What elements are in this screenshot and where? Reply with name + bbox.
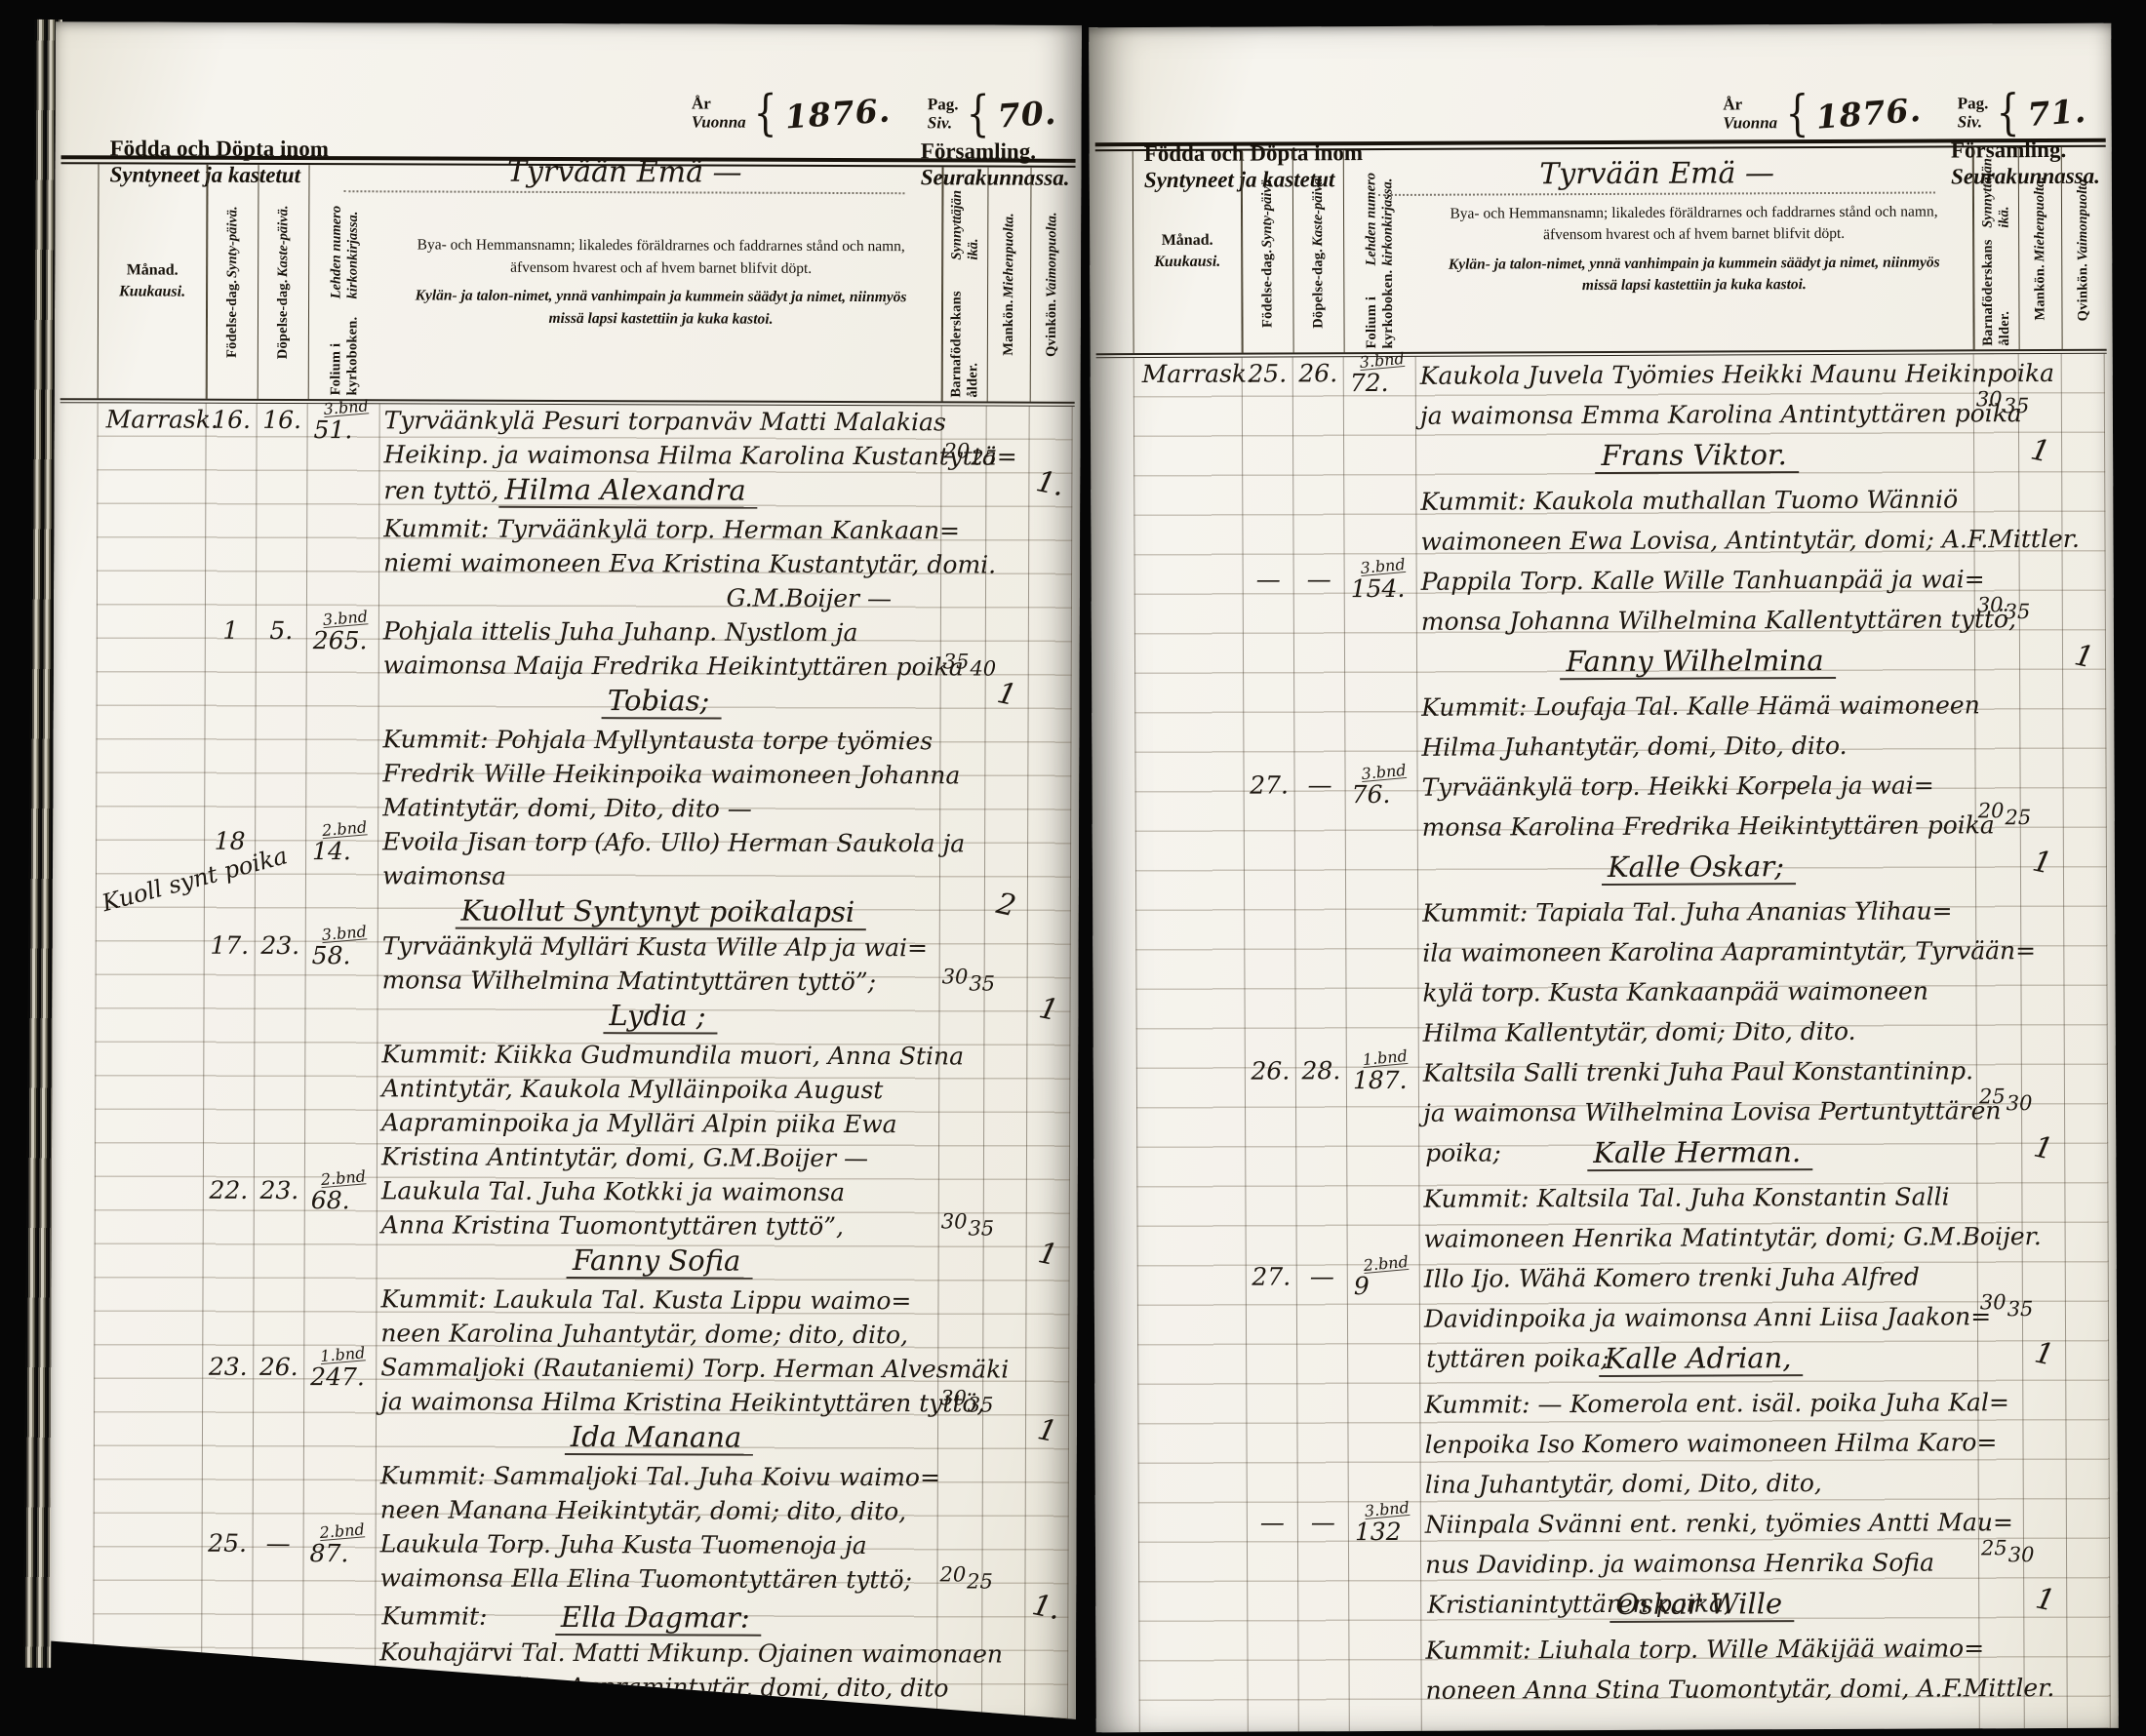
entry-text-cell: Illo Ijo. Wähä Komero trenki Juha Alfred… — [1420, 1257, 1979, 1505]
entry-text-cell: Laukula Tal. Juha Kotkki ja waimonsaAnna… — [377, 1174, 939, 1353]
entry-line-text: waimonsa Ella Elina Tuomontyttären tyttö… — [379, 1563, 912, 1594]
entry-line-text: waimonsa — [382, 861, 506, 889]
column-label-fi: Kylän- ja talon-nimet, ynnä vanhimpain j… — [400, 286, 922, 332]
entry-line: waimonsa Maija Fredrika Heikintyttären p… — [383, 649, 940, 685]
entry-line: Illo Ijo. Wähä Komero trenki Juha Alfred — [1424, 1257, 1977, 1299]
entry-line-text: Kouhajärvi Tal. Matti Mikunp. Ojainen wa… — [379, 1637, 1003, 1668]
female-tally-cell: 1 — [1026, 1354, 1070, 1530]
page-label-sv: Pag. — [928, 95, 959, 113]
entry-line: waimonsa Ella Elina Tuomontyttären tyttö… — [379, 1561, 936, 1598]
entry-line-text: lenpoika Iso Komero waimoneen Hilma Karo… — [1424, 1428, 1997, 1459]
column-label-fi: Lehden numero kirkonkirjassa. — [1363, 154, 1396, 265]
entry-text-cell: Tyrväänkylä torp. Heikki Korpela ja wai=… — [1418, 766, 1977, 1053]
year-label-sv: År — [692, 94, 746, 112]
year-label-sv: År — [1723, 95, 1777, 113]
column-label-fi: Lehden numero kirkonkirjassa. — [329, 169, 362, 298]
column-label-fi: Miehenpuolta. — [1001, 213, 1017, 297]
age-high: 30 — [2007, 1091, 2033, 1115]
entry-line-text: Kummit: Liuhala torp. Wille Mäkijää waim… — [1425, 1634, 1984, 1664]
folio-cell: 3.bnd76. — [1346, 769, 1419, 1054]
entry-line: lina Juhantytär, domi, Dito, dito, — [1425, 1463, 1978, 1505]
column-label-fi: Synnyttäjän ikä. — [1979, 151, 2012, 227]
mother-age: 3035 — [939, 1209, 983, 1233]
entry-line-text: Kummit: — Komerola ent. isäl. poika Juha… — [1424, 1388, 2009, 1419]
entry-line: ren tyttö,Hilma Alexandra — [383, 472, 940, 510]
entry-line-text: Pohjala ittelis Juha Juhanp. Nystlom ja — [383, 616, 858, 647]
birth-day-cell: 1 — [205, 614, 257, 825]
record-entry: ——3.bnd132Niinpala Svänni ent. renki, ty… — [1138, 1503, 2111, 1713]
month-cell — [94, 1173, 204, 1350]
entry-line: Kristina Antintytär, domi, G.M.Boijer — — [381, 1140, 938, 1176]
entry-line-text: Kristina Antintytär, domi, G.M.Boijer — — [381, 1142, 868, 1172]
male-tally: 2 — [993, 887, 1018, 924]
page-number-value: 71. — [2026, 91, 2087, 133]
male-tally-cell: 1 — [2023, 1257, 2067, 1503]
birth-day-cell: 17. — [204, 929, 256, 1174]
entry-line: Niinpala Svänni ent. renki, työmies Antt… — [1425, 1503, 1978, 1545]
child-name: Kuollut Syntynyt poikalapsi — [455, 894, 866, 930]
entry-line: Fanny Sofia — [381, 1243, 938, 1281]
age-high: 40 — [970, 656, 996, 680]
entry-text-cell: Pappila Torp. Kalle Wille Tanhuanpää ja … — [1417, 560, 1976, 768]
column-label-sv: Mankön. — [2032, 263, 2048, 319]
month-cell — [96, 613, 206, 824]
year-label-fi: Vuonna — [692, 112, 746, 131]
entry-line-text: nus Davidinp. ja waimonsa Henrika Sofia — [1425, 1549, 1934, 1579]
entry-line-text: Kummit: Tyrväänkylä torp. Herman Kankaan… — [383, 514, 960, 544]
entry-line-text: Niinpala Svänni ent. renki, työmies Antt… — [1425, 1508, 2013, 1539]
female-tally-cell: 1 — [1027, 932, 1071, 1177]
column-header: Döpelse-dag.Kaste-päivä. — [258, 165, 309, 399]
left-page: År Vuonna { 1876. Pag. Siv. { 70. Födda … — [50, 21, 1082, 1726]
page-number-value: 70. — [996, 93, 1057, 135]
birth-day-cell: 22. — [203, 1174, 255, 1351]
entry-line-text: Davidinpoika ja waimonsa Anni Liisa Jaak… — [1424, 1302, 1991, 1333]
folio-cell: 3.bnd72. — [1344, 357, 1417, 563]
column-label-sv: Barnaföderskans ålder. — [948, 261, 981, 397]
birth-day-cell: — — [1248, 1506, 1299, 1712]
column-label-sv: Qvinkön. — [2075, 262, 2091, 320]
baptism-day-cell: — — [1298, 1506, 1350, 1712]
entry-line-text: neen Manana Heikintytär, domi; dito, dit… — [380, 1495, 907, 1525]
page-label-fi: Siv. — [1958, 112, 1989, 131]
child-name: Tobias; — [602, 684, 721, 719]
female-tally-cell: 1. — [1025, 1530, 1069, 1707]
record-entry: Marrask.16.16.3.bnd51.Tyrväänkylä Pesuri… — [97, 403, 1073, 616]
entry-line: Tyrväänkylä torp. Heikki Korpela ja wai= — [1422, 766, 1975, 808]
entry-line: Matintytär, domi, Dito, dito — — [382, 791, 939, 827]
entry-line-text: Evoila Jisan torp (Afo. Ullo) Herman Sau… — [382, 827, 965, 857]
entry-text-cell: Tyrväänkylä Pesuri torpanväv Matti Malak… — [379, 404, 942, 616]
entry-line: Kummit: Kaltsila Tal. Juha Konstantin Sa… — [1423, 1177, 1976, 1219]
baptism-day-cell: 26. — [1293, 357, 1345, 563]
column-label-sv: Månad. — [1162, 230, 1213, 252]
entry-line-text: waimoneen Ewa Lovisa, Antintytär, domi; … — [1420, 525, 2079, 556]
entry-text-cell: Pohjala ittelis Juha Juhanp. Nystlom jaw… — [378, 614, 941, 827]
male-tally: 1 — [994, 676, 1019, 713]
entry-line-text: Kummit: Tapiala Tal. Juha Ananias Ylihau… — [1422, 896, 1953, 927]
child-name: Kalle Adrian, — [1599, 1341, 1804, 1377]
folio-band: 3.bnd — [321, 924, 367, 943]
folio-number: 51. — [308, 415, 379, 444]
female-tally-cell — [2067, 1503, 2111, 1709]
folio-number: 247. — [304, 1362, 376, 1391]
entry-line-text: Matintytär, domi, Dito, dito — — [382, 793, 752, 822]
entry-line-text: Fredrik Wille Heikinpoika waimoneen Joha… — [382, 759, 960, 789]
child-name: Kalle Herman. — [1587, 1135, 1812, 1171]
entry-line: Antintytär, Kaukola Mylläinpoika August — [381, 1072, 938, 1108]
birth-day-cell: 16. — [206, 404, 258, 614]
entry-line: Kaukola Juvela Työmies Heikki Maunu Heik… — [1420, 354, 1973, 396]
male-tally: 1 — [2028, 432, 2053, 469]
entry-line: Kummit: Kaukola muthallan Tuomo Wänniö — [1420, 480, 1973, 522]
entry-text-cell: Evoila Jisan torp (Afo. Ullo) Herman Sau… — [378, 825, 940, 931]
brace-glyph: { — [754, 85, 777, 141]
month-cell — [1134, 564, 1245, 769]
year-value: 1876. — [783, 91, 892, 136]
entry-line-text: Tyrväänkylä Pesuri torpanväv Matti Malak… — [384, 406, 946, 436]
entry-line-text: Hilma Juhantytär, domi, Dito, dito. — [1421, 731, 1847, 762]
folio-band: 1.bnd — [1362, 1048, 1408, 1068]
entry-line: kylä torp. Kusta Kankaanpää waimoneen — [1422, 971, 1975, 1013]
female-tally: 1. — [1033, 464, 1067, 503]
baptism-day-cell: — — [1295, 769, 1347, 1054]
record-entry: ——3.bnd154.Pappila Torp. Kalle Wille Tan… — [1134, 560, 2107, 769]
entry-line-text: niemi waimoneen Eva Kristina Kustantytär… — [383, 548, 996, 578]
column-label-fi: Synty-päivä. — [224, 206, 241, 278]
folio-band: 2.bnd — [320, 1168, 366, 1188]
folio-number: 87. — [304, 1539, 376, 1567]
column-header: Månad.Kuukausi. — [98, 164, 208, 399]
entry-line-text: waimoneen Henrika Matintytär, domi; G.M.… — [1424, 1222, 2042, 1253]
entry-line-text: ja waimonsa Emma Karolina Antintyttären … — [1420, 399, 2022, 430]
entry-line-text: Tyrväänkylä Mylläri Kusta Wille Alp ja w… — [382, 931, 928, 962]
female-tally: 1 — [1034, 1412, 1059, 1449]
column-label-fi: Kuukausi. — [1154, 252, 1220, 273]
record-entry: 22.23.2.bnd68.Laukula Tal. Juha Kotkki j… — [94, 1173, 1070, 1353]
entry-line-text: Illo Ijo. Wähä Komero trenki Juha Alfred — [1424, 1263, 1920, 1293]
page-number-group: Pag. Siv. { 71. — [1958, 84, 2086, 141]
title2-sv: Församling. — [921, 138, 1070, 165]
page-label-fi: Siv. — [928, 113, 959, 132]
entry-line: Anna Kristina Tuomontyttären tyttö”, — [381, 1208, 938, 1244]
entry-line-text: neen Karolina Juhantytär, dome; dito, di… — [380, 1319, 908, 1349]
entry-line: niemi waimoneen Eva Kristina Kustantytär… — [383, 546, 940, 582]
entry-line-text: Laukula Tal. Juha Kotkki ja waimonsa — [381, 1176, 845, 1206]
year-group: År Vuonna { 1876. — [1723, 85, 1922, 142]
entry-line-text: Sammaljoki (Rautaniemi) Torp. Herman Alv… — [380, 1353, 1009, 1383]
record-entry: 27.—3.bnd76.Tyrväänkylä torp. Heikki Kor… — [1135, 766, 2108, 1055]
column-label-sv: Månad. — [127, 259, 179, 281]
entry-line-text: Kummit: Pohjala Myllyntausta torpe työmi… — [382, 725, 933, 755]
folio-cell: 2.bnd87. — [303, 1527, 377, 1704]
entry-line-text: Kristianintyttären poika, — [1427, 1584, 1731, 1624]
column-label-fi: Miehenpuolta. — [2032, 177, 2048, 261]
folio-band: 1.bnd — [320, 1345, 366, 1364]
mother-age-cell: 3540 — [940, 616, 986, 827]
entry-line: noneen Anna Stina Tuomontytär, domi, A.F… — [1426, 1669, 1979, 1711]
entry-line: ja waimonsa Hilma Kristina Heikintyttäre… — [380, 1385, 937, 1421]
entry-line-text: Aapraminpoika ja Mylläri Alpin piika Ewa — [381, 1108, 897, 1138]
child-name: Ida Manana — [565, 1420, 754, 1456]
entry-line: Hilma Juhantytär, domi, Dito, dito. — [1421, 726, 1974, 768]
entry-line-text: monsa Wilhelmina Matintyttären tyttö”; — [382, 966, 877, 996]
folio-number: 72. — [1344, 369, 1415, 397]
column-label-sv: Döpelse-dag. — [275, 279, 292, 359]
column-header: Folium i kyrkoboken.Lehden numero kirkon… — [1343, 149, 1416, 352]
folio-band: 3.bnd — [323, 398, 369, 417]
record-entry: 26.28.1.bnd187.Kaltsila Salli trenki Juh… — [1136, 1051, 2109, 1261]
entry-line: tyttären poika;Kalle Adrian, — [1424, 1337, 1977, 1381]
folio-band: 3.bnd — [1360, 557, 1406, 576]
folio-number: 154. — [1345, 574, 1416, 603]
baptism-day-cell: 23. — [255, 929, 306, 1174]
entry-line-text: Kummit: Loufaja Tal. Kalle Hämä waimonee… — [1421, 690, 1980, 721]
entry-line: Fanny Wilhelmina — [1421, 640, 1974, 684]
folio-cell: 2.bnd68. — [304, 1174, 378, 1351]
record-entry: 182.bnd14.Evoila Jisan torp (Afo. Ullo) … — [96, 824, 1071, 931]
column-header: Bya- och Hemmansnamn; likaledes föräldra… — [380, 165, 943, 401]
entry-line: Tyrväänkylä Mylläri Kusta Wille Alp ja w… — [382, 929, 939, 966]
entry-line: Davidinpoika ja waimonsa Anni Liisa Jaak… — [1424, 1297, 1977, 1339]
column-header: Födelse-dag.Synty-päivä. — [207, 164, 258, 398]
brace-glyph: { — [1996, 84, 2019, 140]
record-entry: 15.3.bnd265.Pohjala ittelis Juha Juhanp.… — [96, 613, 1072, 827]
empty-rows — [93, 1703, 1068, 1725]
entry-text-cell: Sammaljoki (Rautaniemi) Torp. Herman Alv… — [377, 1351, 939, 1529]
entry-line: Kummit: Tapiala Tal. Juha Ananias Ylihau… — [1422, 891, 1975, 933]
year-value: 1876. — [1815, 90, 1924, 136]
entry-line: monsa Wilhelmina Matintyttären tyttö”; — [382, 964, 939, 1000]
year-group: År Vuonna { 1876. — [692, 84, 891, 141]
entry-line: Kristianintyttären poika,Oskar Wille — [1425, 1583, 1978, 1627]
baptism-day-cell — [256, 825, 306, 929]
entry-line-text: Kummit: Kaukola muthallan Tuomo Wänniö — [1420, 485, 1958, 515]
folio-cell: 2.bnd9 — [1348, 1260, 1421, 1506]
birth-day-cell: 25. — [202, 1527, 254, 1704]
entry-line: ila waimoneen Karolina Aapramintytär, Ty… — [1422, 931, 1975, 973]
record-entry: 17.23.3.bnd58.Tyrväänkylä Mylläri Kusta … — [95, 928, 1071, 1176]
mother-age: 2530 — [1979, 1536, 2023, 1559]
column-label-sv: Födelse-dag. — [224, 279, 241, 357]
month-cell — [1135, 769, 1246, 1055]
child-name: Frans Viktor. — [1595, 438, 1798, 474]
column-label-fi: Kuukausi. — [119, 281, 185, 302]
column-header: Qvinkön.Vaimonpuolta. — [1030, 167, 1074, 401]
right-page-header: År Vuonna { 1876. Pag. Siv. { 71. Födda … — [1089, 23, 2112, 143]
column-header: Folium i kyrkoboken.Lehden numero kirkon… — [308, 165, 381, 399]
column-label-sv: Bya- och Hemmansnamn; likaledes föräldra… — [1435, 201, 1953, 247]
female-tally: 1. — [1029, 1588, 1063, 1627]
column-header: Mankön.Miehenpuolta. — [2018, 147, 2062, 350]
entry-line: Ida Manana — [380, 1419, 937, 1457]
left-page-header: År Vuonna { 1876. Pag. Siv. { 70. Födda … — [56, 21, 1082, 158]
page-labels: Pag. Siv. — [1958, 94, 1989, 131]
folio-band: 3.bnd — [322, 609, 368, 628]
entry-text-cell: Niinpala Svänni ent. renki, työmies Antt… — [1421, 1503, 1980, 1711]
entry-line: Kummit: Kiikka Gudmundila muori, Anna St… — [381, 1038, 938, 1074]
column-label-fi: Kylän- ja talon-nimet, ynnä vanhimpain j… — [1435, 252, 1953, 297]
age-low: 30 — [941, 1209, 968, 1233]
birth-day-cell: — — [1244, 563, 1295, 769]
entry-line-text: ja waimonsa Wilhelmina Lovisa Pertuntytt… — [1423, 1096, 2002, 1127]
folio-band: 3.bnd — [1359, 351, 1405, 371]
entry-line-text: waimonsa Maija Fredrika Heikintyttären p… — [383, 651, 964, 681]
mother-age: 3035 — [940, 965, 984, 988]
baptism-day-cell: — — [253, 1527, 304, 1704]
column-label-fi: Vaimonpuolta. — [2075, 176, 2091, 261]
male-tally-cell — [986, 407, 1030, 617]
entry-line-text: ren tyttö, — [383, 476, 498, 504]
entry-line-text: Tyrväänkylä torp. Heikki Korpela ja wai= — [1422, 771, 1934, 802]
age-high: 35 — [2004, 394, 2030, 417]
male-tally: 1 — [2030, 844, 2055, 881]
folio-cell: 1.bnd187. — [1347, 1054, 1420, 1260]
entry-line-text: monsa Karolina Fredrika Heikintyttären p… — [1422, 810, 1995, 842]
entry-line: maija Karolina Aapramintytär, domi, dito… — [379, 1670, 936, 1706]
month-cell — [1138, 1507, 1249, 1713]
page-number-group: Pag. Siv. { 70. — [928, 85, 1056, 141]
female-tally: 1 — [1035, 1236, 1060, 1273]
entry-line: G.M.Boijer — — [383, 580, 940, 616]
age-low: 30 — [942, 965, 969, 988]
entry-line: Kummit: Loufaja Tal. Kalle Hämä waimonee… — [1421, 686, 1974, 728]
child-name: Fanny Sofia — [567, 1243, 752, 1280]
entry-line-text: Kummit: — [381, 1599, 487, 1633]
folio-cell: 3.bnd154. — [1345, 563, 1418, 769]
entry-line: Kuollut Syntynyt poikalapsi — [382, 893, 939, 931]
entry-line: Kaltsila Salli trenki Juha Paul Konstant… — [1423, 1051, 1976, 1093]
entry-line: Hilma Kallentytär, domi; Dito, dito. — [1423, 1011, 1976, 1053]
entry-line: Kummit: Laukula Tal. Kusta Lippu waimo= — [380, 1282, 937, 1319]
female-tally-cell — [1028, 617, 1072, 828]
baptism-day-cell: 23. — [254, 1174, 305, 1351]
male-tally: 1 — [2031, 1129, 2056, 1166]
entry-text-cell: Kaukola Juvela Työmies Heikki Maunu Heik… — [1416, 354, 1975, 562]
entry-line: nus Davidinp. ja waimonsa Henrika Sofia — [1425, 1543, 1978, 1585]
female-tally-cell: 1. — [1029, 407, 1073, 617]
brace-glyph: { — [966, 85, 989, 141]
entry-line: lenpoika Iso Komero waimoneen Hilma Karo… — [1424, 1423, 1977, 1465]
column-label-sv: Folium i kyrkoboken. — [328, 300, 361, 395]
entry-line: Pohjala ittelis Juha Juhanp. Nystlom ja — [383, 614, 940, 651]
age-high: 35 — [968, 1216, 994, 1240]
column-header: Döpelse-dag.Kaste-päivä. — [1292, 150, 1344, 353]
female-tally-cell — [1028, 828, 1071, 932]
entry-line: Evoila Jisan torp (Afo. Ullo) Herman Sau… — [382, 825, 939, 861]
record-entry: Marrask.25.26.3.bnd72.Kaukola Juvela Työ… — [1133, 354, 2106, 564]
entry-line-text: maija Karolina Aapramintytär, domi, dito… — [379, 1672, 948, 1702]
entry-line: Kummit: Liuhala torp. Wille Mäkijää waim… — [1425, 1629, 1978, 1671]
folio-cell: 2.bnd14. — [306, 825, 378, 929]
month-cell — [1137, 1261, 1248, 1507]
year-label-fi: Vuonna — [1723, 113, 1777, 132]
entry-line-text: Pappila Torp. Kalle Wille Tanhuanpää ja … — [1421, 565, 1985, 596]
folio-cell: 3.bnd265. — [306, 614, 379, 825]
entry-line-text: Kummit: Sammaljoki Tal. Juha Koivu waimo… — [380, 1461, 940, 1491]
male-tally-cell — [983, 1176, 1027, 1353]
entry-line-text: Heikinp. ja waimonsa Hilma Karolina Kust… — [383, 440, 1016, 470]
entry-line: Kummit: Sammaljoki Tal. Juha Koivu waimo… — [380, 1459, 937, 1495]
column-label-fi: Kaste-päivä. — [275, 205, 292, 277]
mother-age: 2025 — [937, 1562, 981, 1586]
record-entries: Marrask.25.26.3.bnd72.Kaukola Juvela Työ… — [1133, 354, 2111, 1732]
entry-line: Aapraminpoika ja Mylläri Alpin piika Ewa — [381, 1106, 938, 1142]
entry-line-text: Kaukola Juvela Työmies Heikki Maunu Heik… — [1420, 359, 2054, 390]
mother-age-cell: 2025 — [1976, 766, 2022, 1051]
entry-line-text: poika; — [1425, 1133, 1501, 1172]
age-high: 25 — [2005, 806, 2031, 829]
folio-band: 2.bnd — [1363, 1254, 1409, 1274]
birth-day-cell: 27. — [1247, 1260, 1298, 1506]
entry-line: Lydia ; — [381, 998, 938, 1036]
entry-line: Tobias; — [383, 683, 940, 721]
month-cell — [93, 1526, 203, 1703]
entry-line-text: ila waimoneen Karolina Aapramintytär, Ty… — [1422, 936, 2036, 967]
entry-line: Kalle Oskar; — [1422, 846, 1975, 889]
entry-line: neen Karolina Juhantytär, dome; dito, di… — [380, 1317, 937, 1353]
entry-line-text: kylä torp. Kusta Kankaanpää waimoneen — [1422, 977, 1927, 1007]
entry-text-cell: Laukula Torp. Juha Kusta Tuomenoja jawai… — [376, 1527, 938, 1706]
male-tally-cell — [982, 1529, 1026, 1706]
male-tally-cell — [984, 932, 1028, 1177]
column-label-sv: Mankön. — [1001, 299, 1017, 355]
record-entries: Marrask.16.16.3.bnd51.Tyrväänkylä Pesuri… — [93, 403, 1073, 1725]
year-labels: År Vuonna — [1723, 95, 1777, 132]
child-name: Lydia ; — [603, 999, 717, 1034]
empty-rows — [1139, 1709, 2111, 1732]
female-tally-cell: 1 — [2063, 560, 2107, 766]
baptism-day-cell: 16. — [257, 404, 308, 614]
child-name: Fanny Wilhelmina — [1560, 644, 1835, 680]
entry-line: Laukula Torp. Juha Kusta Tuomenoja ja — [380, 1527, 937, 1563]
column-label-sv: Folium i kyrkoboken. — [1364, 267, 1397, 349]
record-entry: 25.—2.bnd87.Laukula Torp. Juha Kusta Tuo… — [93, 1526, 1069, 1706]
entry-line: Pappila Torp. Kalle Wille Tanhuanpää ja … — [1421, 560, 1974, 602]
month-cell: Marrask. — [97, 403, 207, 613]
entry-line-text: Anna Kristina Tuomontyttären tyttö”, — [381, 1210, 844, 1241]
folio-number: 9 — [1348, 1272, 1419, 1300]
birth-day-cell: 27. — [1245, 769, 1296, 1054]
column-label-fi: Synnyttäjän ikä. — [949, 171, 982, 259]
mother-age-cell: 3035 — [1978, 1257, 2024, 1503]
entry-line: Kummit: — Komerola ent. isäl. poika Juha… — [1424, 1383, 1977, 1425]
column-header: Qvinkön.Vaimonpuolta. — [2061, 146, 2105, 349]
folio-cell: 3.bnd58. — [305, 929, 378, 1174]
column-label-fi: Kaste-päivä. — [1310, 175, 1327, 247]
entry-line: Tyrväänkylä Pesuri torpanväv Matti Malak… — [384, 404, 941, 440]
folio-cell: 3.bnd51. — [307, 404, 380, 614]
folio-band: 3.bnd — [1364, 1500, 1410, 1519]
column-label-sv: Döpelse-dag. — [1310, 249, 1327, 329]
column-label-fi: Synty-päivä. — [1259, 176, 1276, 248]
entry-line-text: Kaltsila Salli trenki Juha Paul Konstant… — [1423, 1056, 1973, 1086]
folio-number: 14. — [306, 837, 378, 865]
record-entry: 23.26.1.bnd247.Sammaljoki (Rautaniemi) T… — [94, 1350, 1070, 1529]
column-header: Barnaföderskans ålder.Synnyttäjän ikä. — [942, 167, 988, 401]
entry-line: monsa Karolina Fredrika Heikintyttären p… — [1422, 806, 1975, 848]
scanned-register-spread: År Vuonna { 1876. Pag. Siv. { 70. Födda … — [0, 0, 2146, 1736]
title-sv: Födda och Döpta inom — [110, 135, 329, 162]
male-tally-cell: 2 — [985, 828, 1028, 932]
mother-age-cell: 3035 — [938, 1176, 984, 1353]
year-labels: År Vuonna — [692, 94, 746, 131]
birth-day-cell: 26. — [1246, 1054, 1297, 1260]
female-tally-cell — [2065, 1051, 2109, 1257]
age-low: 25 — [1981, 1536, 2007, 1559]
column-headers: Månad.Kuukausi.Födelse-dag.Synty-päivä.D… — [98, 164, 1074, 402]
folio-number: 58. — [306, 941, 378, 969]
